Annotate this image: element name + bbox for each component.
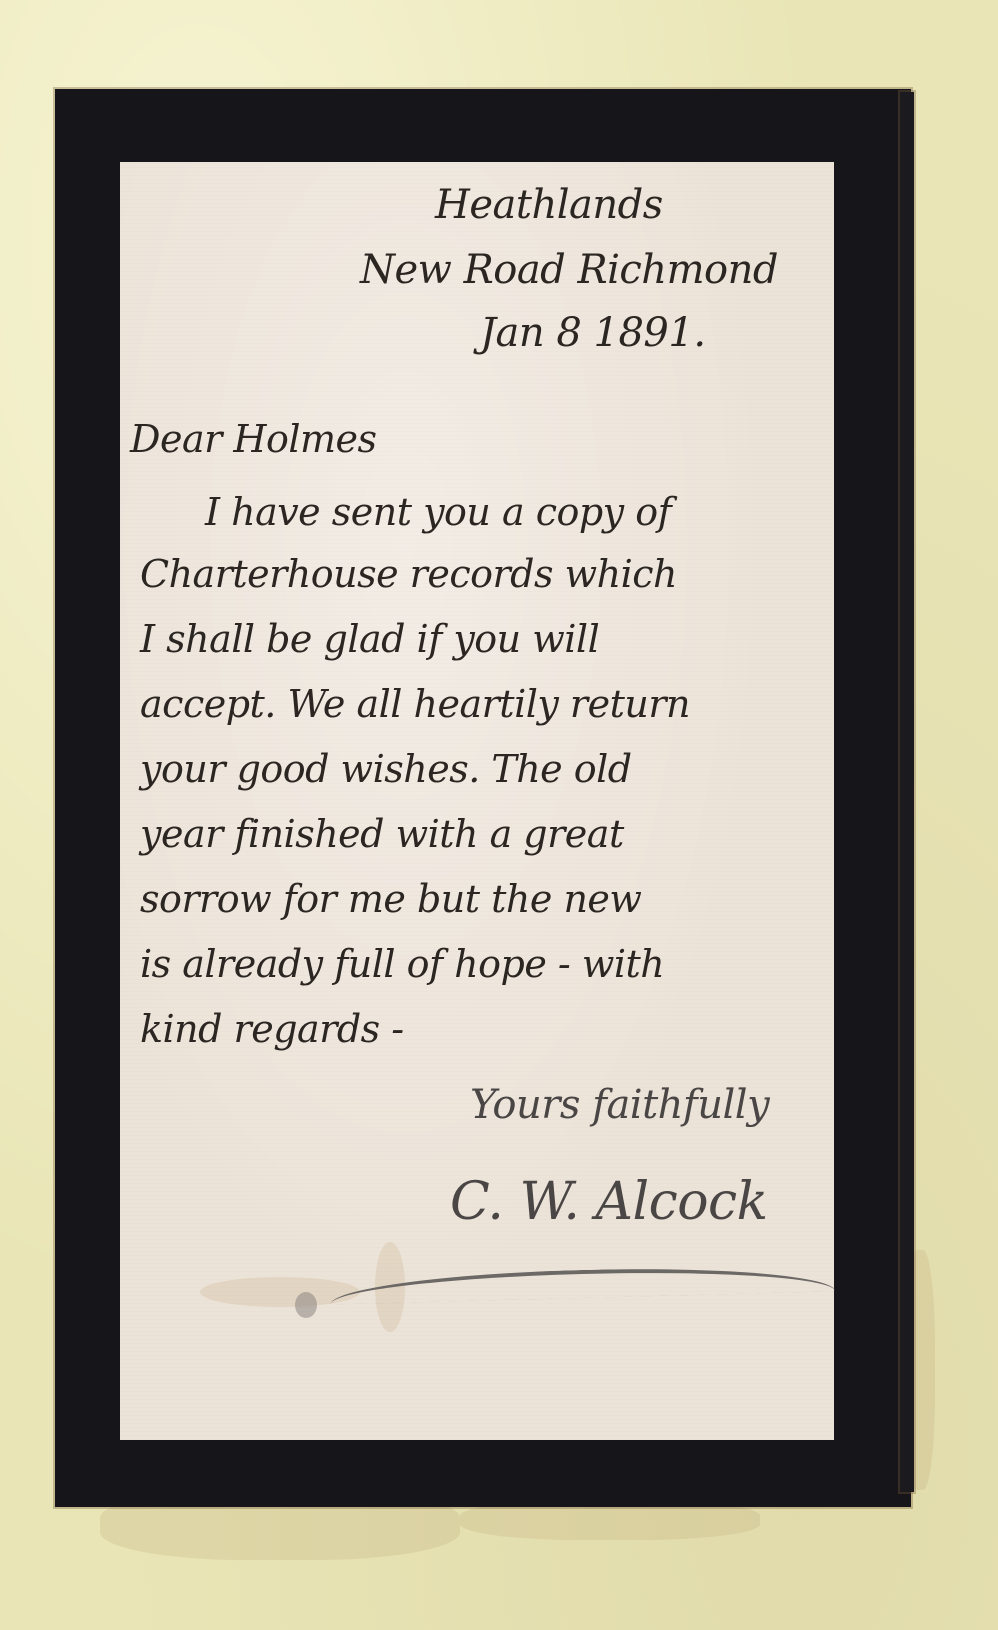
body-line: I shall be glad if you will <box>140 617 599 661</box>
body-line: I have sent you a copy of <box>205 490 671 534</box>
salutation: Dear Holmes <box>130 417 377 461</box>
body-line: Charterhouse records which <box>140 552 677 596</box>
address-house: Heathlands <box>435 182 663 228</box>
ink-blot <box>295 1292 317 1318</box>
letter-sheet: Heathlands New Road Richmond Jan 8 1891.… <box>120 162 834 1440</box>
body-line: kind regards - <box>140 1007 404 1051</box>
closing: Yours faithfully <box>470 1082 769 1128</box>
signature: C. W. Alcock <box>450 1172 768 1232</box>
letter-date: Jan 8 1891. <box>480 310 706 356</box>
address-street: New Road Richmond <box>360 247 778 293</box>
body-line: accept. We all heartily return <box>140 682 690 726</box>
body-line: is already full of hope - with <box>140 942 664 986</box>
body-line: your good wishes. The old <box>140 747 632 791</box>
body-line: sorrow for me but the new <box>140 877 641 921</box>
body-line: year finished with a great <box>140 812 624 856</box>
black-mourning-border-edge <box>900 92 914 1492</box>
